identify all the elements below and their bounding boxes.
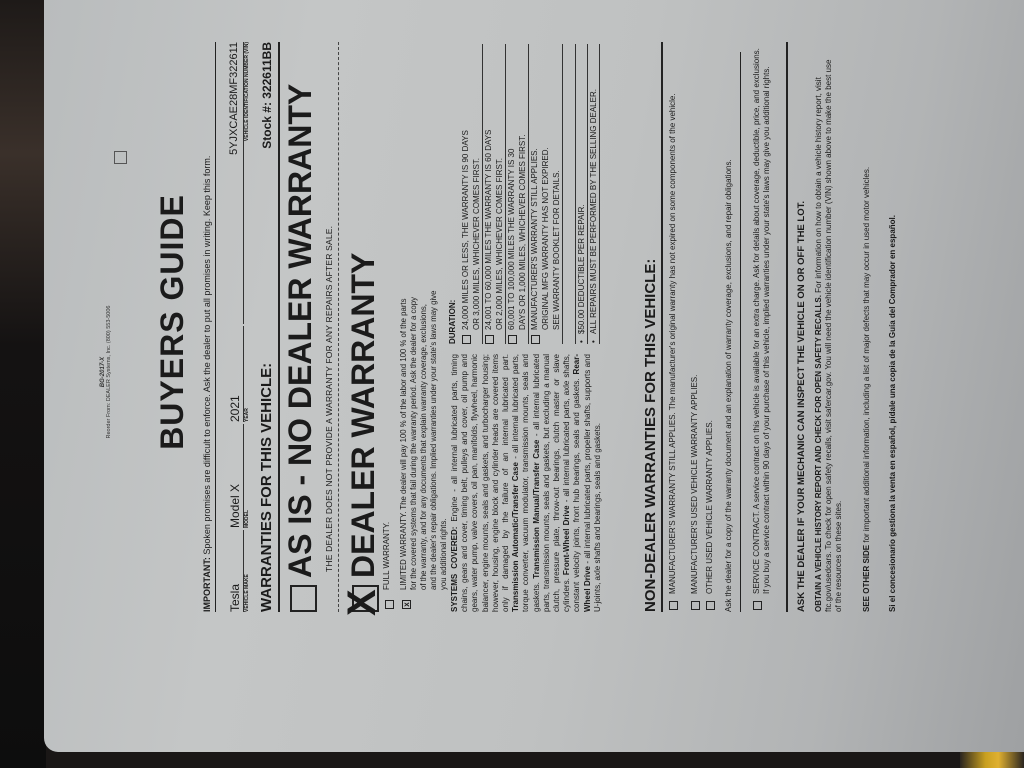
history-report-heading: OBTAIN A VEHICLE HISTORY REPORT AND CHEC… xyxy=(814,295,823,612)
duration-bullets: $50.00 DEDUCTIBLE PER REPAIR.ALL REPAIRS… xyxy=(575,44,600,344)
systems-covered-label: SYSTEMS COVERED: xyxy=(450,527,459,612)
checkbox[interactable] xyxy=(485,335,494,344)
systems-covered-text: Engine - all internal lubricated parts, … xyxy=(450,354,602,612)
inspect-notice: ASK THE DEALER IF YOUR MECHANIC CAN INSP… xyxy=(796,201,807,612)
duration-option[interactable]: 24,000 MILES OR LESS, THE WARRANTY IS 90… xyxy=(460,44,483,344)
important-text: Spoken promises are difficult to enforce… xyxy=(202,156,212,555)
vehicle-model: Model X xyxy=(228,484,242,528)
warranty-note: Ask the dealer for a copy of the warrant… xyxy=(724,52,741,612)
divider xyxy=(786,42,788,612)
vehicle-make-field: Tesla VEHICLE MAKE xyxy=(228,530,244,612)
checkbox[interactable] xyxy=(706,601,715,610)
dark-background-left xyxy=(0,0,46,768)
vin-field: 5YJXCAE28MF322611 VEHICLE IDENTIFICATION… xyxy=(228,42,244,324)
model-label: MODEL xyxy=(244,510,250,528)
non-dealer-item[interactable]: OTHER USED VEHICLE WARRANTY APPLIES. xyxy=(705,42,715,612)
item-text: SERVICE CONTRACT. A service contract on … xyxy=(752,42,772,612)
history-report-notice: OBTAIN A VEHICLE HISTORY REPORT AND CHEC… xyxy=(814,52,844,612)
checkbox[interactable] xyxy=(462,335,471,344)
dealer-warranty-title: DEALER WARRANTY xyxy=(345,253,382,578)
duration-options: 24,000 MILES OR LESS, THE WARRANTY IS 90… xyxy=(460,44,563,344)
as-is-subtitle: THE DEALER DOES NOT PROVIDE A WARRANTY F… xyxy=(324,226,334,572)
vin-label: VEHICLE IDENTIFICATION NUMBER (VIN) xyxy=(244,42,250,141)
duration-section: DURATION: 24,000 MILES OR LESS, THE WARR… xyxy=(448,44,600,344)
see-other-side-notice: SEE OTHER SIDE for important additional … xyxy=(862,52,872,612)
background-object xyxy=(960,750,1024,768)
vehicle-year: 2021 xyxy=(228,395,242,422)
duration-option[interactable]: MANUFACTURER'S WARRANTY STILL APPLIES.OR… xyxy=(529,44,563,344)
non-dealer-item[interactable]: MANUFACTURER'S USED VEHICLE WARRANTY APP… xyxy=(690,42,700,612)
checkbox[interactable] xyxy=(508,335,517,344)
dashed-divider xyxy=(338,42,339,612)
warranties-title: WARRANTIES FOR THIS VEHICLE: xyxy=(258,363,275,612)
checkbox[interactable] xyxy=(531,335,540,344)
important-notice: IMPORTANT: Spoken promises are difficult… xyxy=(202,42,216,612)
item-text: MANUFACTURER'S WARRANTY STILL APPLIES. T… xyxy=(668,42,678,612)
stray-checkbox xyxy=(114,151,127,164)
duration-label: DURATION: xyxy=(448,44,457,344)
non-dealer-item[interactable]: MANUFACTURER'S WARRANTY STILL APPLIES. T… xyxy=(668,42,678,612)
year-label: YEAR xyxy=(244,408,250,422)
checkbox[interactable] xyxy=(669,601,678,610)
model-field: Model X MODEL xyxy=(228,424,244,528)
form-info: BG-2017-X Reorder From: DEALER Systems, … xyxy=(100,72,112,672)
vehicle-make: Tesla xyxy=(228,584,242,612)
limited-warranty-text: LIMITED WARRANTY. The dealer will pay 10… xyxy=(399,290,449,590)
see-other-side-heading: SEE OTHER SIDE xyxy=(862,545,871,612)
duration-bullet: ALL REPAIRS MUST BE PERFORMED BY THE SEL… xyxy=(588,44,600,344)
important-label: IMPORTANT: xyxy=(202,557,212,612)
vin-value: 5YJXCAE28MF322611 xyxy=(228,42,240,155)
duration-bullet: $50.00 DEDUCTIBLE PER REPAIR. xyxy=(576,44,588,344)
buyers-guide-document: BG-2017-X Reorder From: DEALER Systems, … xyxy=(150,32,950,612)
year-field: 2021 YEAR xyxy=(228,326,244,422)
full-warranty-label: FULL WARRANTY. xyxy=(382,522,391,590)
vehicle-make-label: VEHICLE MAKE xyxy=(244,574,250,612)
reorder-info: Reorder From: DEALER Systems, Inc. (800)… xyxy=(106,306,112,439)
see-other-side-text: for important additional information, in… xyxy=(862,167,871,545)
full-warranty-checkbox[interactable] xyxy=(385,600,394,609)
systems-covered: SYSTEMS COVERED: Engine - all internal l… xyxy=(450,354,603,612)
checkbox[interactable] xyxy=(691,601,700,610)
as-is-title: AS IS - NO DEALER WARRANTY xyxy=(282,84,319,578)
stock-number: Stock #: 322611BB xyxy=(260,42,274,149)
checkbox[interactable] xyxy=(753,601,762,610)
spanish-notice: Si el concesionario gestiona la venta en… xyxy=(888,215,897,612)
duration-option[interactable]: 60,001 TO 100,000 MILES THE WARRANTY IS … xyxy=(506,44,529,344)
item-text: OTHER USED VEHICLE WARRANTY APPLIES. xyxy=(705,42,715,612)
warranties-row: WARRANTIES FOR THIS VEHICLE: Stock #: 32… xyxy=(258,42,280,612)
page-title: BUYERS GUIDE xyxy=(154,32,191,612)
item-text: MANUFACTURER'S USED VEHICLE WARRANTY APP… xyxy=(690,42,700,612)
x-mark-icon: X xyxy=(342,589,382,616)
vehicle-info-row: Tesla VEHICLE MAKE Model X MODEL 2021 YE… xyxy=(228,42,252,612)
limited-warranty-checkbox[interactable]: x xyxy=(402,600,411,609)
non-dealer-title: NON-DEALER WARRANTIES FOR THIS VEHICLE: xyxy=(642,42,663,612)
as-is-checkbox[interactable] xyxy=(290,585,317,612)
service-contract-item[interactable]: SERVICE CONTRACT. A service contract on … xyxy=(752,42,772,612)
duration-option[interactable]: 24,001 TO 60,000 MILES THE WARRANTY IS 6… xyxy=(483,44,506,344)
